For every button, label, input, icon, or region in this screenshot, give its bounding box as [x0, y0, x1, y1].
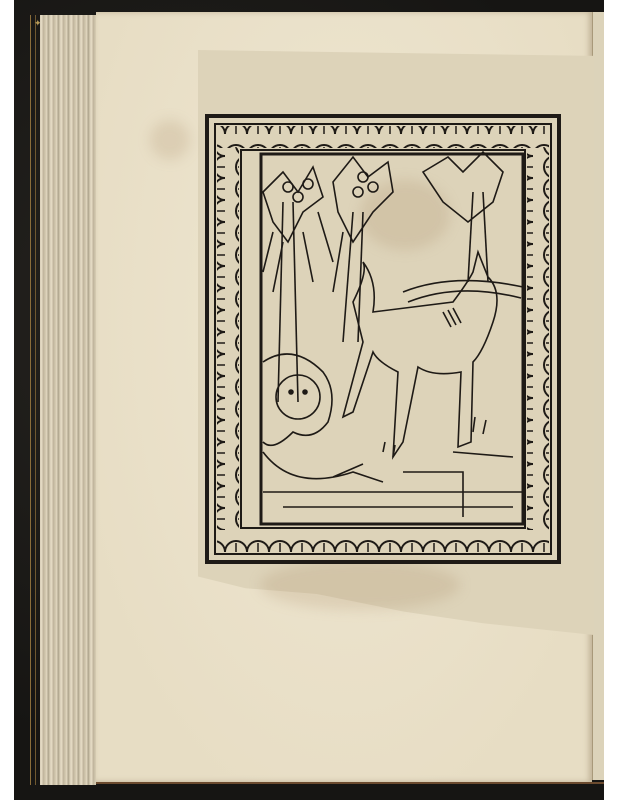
page-bottom-edge: [96, 782, 604, 784]
page-stack-edge: [40, 15, 96, 785]
woodcut-illustration: [203, 112, 563, 570]
gilt-fillet: [30, 15, 36, 785]
foxing-stain: [150, 120, 190, 160]
